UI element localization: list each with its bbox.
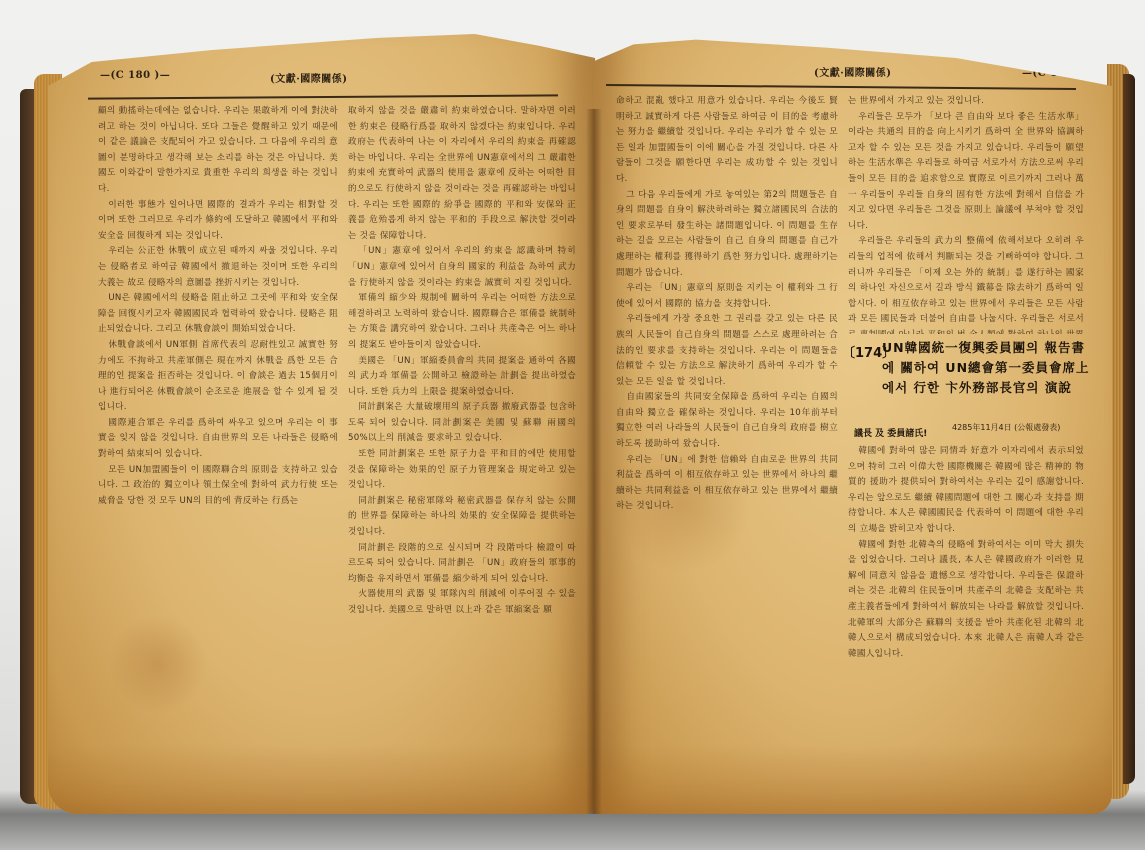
book-gutter: [586, 109, 602, 814]
text-column-2-top: 는 世界에서 가지고 있는 것입니다. 우리들은 모두가 「보다 큰 自由와 보…: [848, 94, 1084, 334]
paragraph: 그 다음 우리들에게 가로 놓여있는 第2의 問題들은 自身의 問題를 自身이 …: [616, 188, 838, 282]
page-shade: [592, 744, 1112, 814]
paragraph: 우리들에게 가장 중요한 그 권리를 갖고 있는 다른 民族의 人民들이 自己自…: [616, 312, 838, 390]
left-page: —(C 180 )— (文獻·國際關係) 顧의 動搖하는데에는 없습니다. 우리…: [48, 14, 595, 814]
section-title: UN韓國統一復興委員團의 報告書에 關하여 UN總會第一委員會席上에서 行한 卞…: [882, 338, 1097, 398]
text-column-1: 顧의 動搖하는데에는 없습니다. 우리는 果敢하게 이에 對決하려고 하는 것이…: [98, 104, 338, 804]
paragraph: 이러한 事態가 일어나면 國際的 결과가 우리는 相對할 것이며 또한 그러므로…: [98, 198, 338, 245]
paragraph: 우리들은 우리들의 武力의 整備에 依해서보다 오히려 우리들의 업적에 依해서…: [848, 234, 1084, 334]
page-number: —(C 181 )—: [1022, 68, 1092, 79]
paragraph: 火器使用의 武器 및 軍隊內의 削減에 이루어질 수 있을 것입니다. 美國으로…: [348, 587, 576, 618]
paragraph: 美國은 「UN」軍縮委員會의 共同 提案을 通하여 各國의 武力과 軍備를 公開…: [348, 354, 576, 401]
running-head: (文獻·國際關係): [270, 70, 347, 85]
address-salutation: 議長 及 委員諸氏!: [854, 426, 927, 439]
paragraph: 韓國에 對한 北韓측의 侵略에 對하여서는 이미 막大 損失을 입었습니다. 그…: [848, 538, 1084, 663]
paragraph: 우리들은 모두가 「보다 큰 自由와 보다 좋은 生活水準」이라는 共通의 目的…: [848, 110, 1084, 235]
paragraph: 同計劃案은 大量破壞用의 原子兵器 撤廢武器를 包含하도록 되어 있습니다. 同…: [348, 400, 576, 447]
paragraph: 顧의 動搖하는데에는 없습니다. 우리는 果敢하게 이에 對決하려고 하는 것이…: [98, 104, 338, 198]
paragraph: 國際連合軍은 우리를 爲하여 싸우고 있으며 우리는 이 事實을 잊지 않을 것…: [98, 416, 338, 463]
book-cover-right: [1123, 74, 1135, 784]
page-number: —(C 180 )—: [100, 70, 170, 81]
paragraph: 우리는 「UN」에 對한 信賴와 自由로운 世界의 共同利益을 爲하여 이 相互…: [616, 453, 838, 515]
paragraph: 休戰會談에서 UN軍側 首席代表의 忍耐性있고 誠實한 努力에도 不拘하고 共產…: [98, 338, 338, 416]
paragraph: 는 世界에서 가지고 있는 것입니다.: [848, 94, 1084, 110]
paragraph: 同計劃은 段階的으로 실시되며 각 段階마다 檢證이 따르도록 되어 있습니다.…: [348, 541, 576, 588]
text-column-1: 命하고 混亂 했다고 用意가 있습니다. 우리는 今後도 賢明하고 誠實하게 다…: [616, 94, 838, 814]
paragraph: 우리는 公正한 休戰이 成立된 때까지 싸울 것입니다. 우리는 侵略者로 하여…: [98, 244, 338, 291]
running-head: (文獻·國際關係): [814, 64, 891, 79]
paragraph: 軍備의 縮少와 規制에 關하여 우리는 어떠한 方法으로 해결하려고 노력하여 …: [348, 291, 576, 353]
right-page: (文獻·國際關係) —(C 181 )— 命하고 混亂 했다고 用意가 있습니다…: [592, 14, 1112, 814]
text-column-2-bottom: 韓國에 對하여 많은 同情과 好意가 이자리에서 表示되었으며 特히 그러 이偉…: [848, 444, 1084, 744]
paragraph: 또한 同計劃案은 또한 原子力을 平和目的에만 使用할 것을 保障하는 効果的인…: [348, 447, 576, 494]
paragraph: 우리는 「UN」憲章의 原則을 지키는 이 權利와 그 行使에 있어서 國際的 …: [616, 281, 838, 312]
paragraph: 命하고 混亂 했다고 用意가 있습니다. 우리는 今後도 賢明하고 誠實하게 다…: [616, 94, 838, 188]
paragraph: 「UN」憲章에 있어서 우리의 約束을 認識하며 特히 「UN」憲章에 있어서 …: [348, 244, 576, 291]
paragraph: 韓國에 對하여 많은 同情과 好意가 이자리에서 表示되었으며 特히 그러 이偉…: [848, 444, 1084, 538]
paragraph: 同計劃案은 秘密軍隊와 秘密武器를 保存치 않는 公開的 世界를 保障하는 하나…: [348, 494, 576, 541]
open-book: —(C 180 )— (文獻·國際關係) 顧의 動搖하는데에는 없습니다. 우리…: [20, 14, 1135, 814]
paragraph: UN은 韓國에서의 侵略을 阻止하고 그곳에 平和와 安全保障을 回復시키고자 …: [98, 291, 338, 338]
paragraph: 自由國家들의 共同安全保障을 爲하여 우리는 自國의 自由와 獨立을 確保하는 …: [616, 390, 838, 452]
header-rule: [88, 94, 558, 99]
header-rule: [606, 84, 1076, 90]
section-date: 4285年11月4日 (公報處發表): [952, 422, 1060, 433]
text-column-2: 取하지 않을 것을 嚴肅히 約束하였습니다. 말하자면 이러한 約束은 侵略行爲…: [348, 104, 576, 804]
page-shade: [48, 744, 595, 814]
paragraph: 모든 UN加盟國들이 이 國際聯合의 原則을 支持하고 있습니다. 그 政治的 …: [98, 463, 338, 510]
paragraph: 取하지 않을 것을 嚴肅히 約束하였습니다. 말하자면 이러한 約束은 侵略行爲…: [348, 104, 576, 244]
